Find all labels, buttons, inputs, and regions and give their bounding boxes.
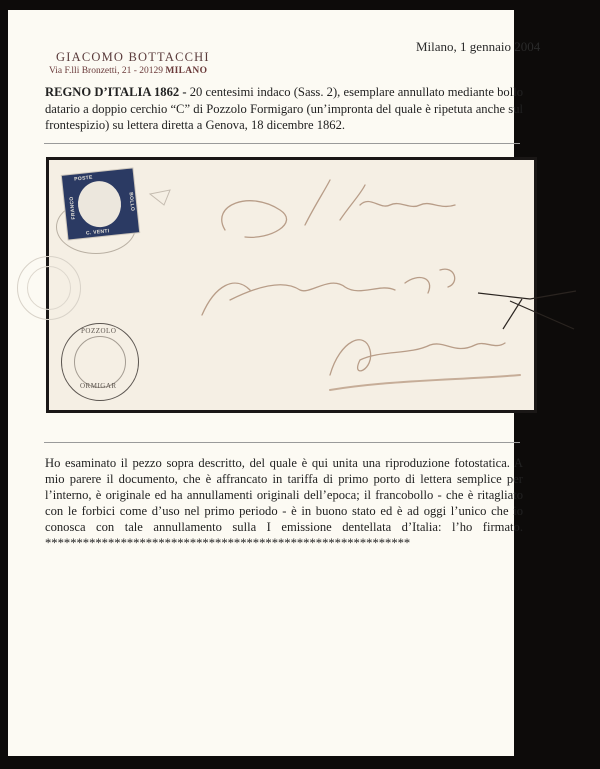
- stamp: POSTE FRANCO BOLLO C. VENTI: [62, 168, 139, 239]
- triangle-mark-icon: [148, 188, 174, 208]
- description-lead: REGNO D’ITALIA 1862 -: [45, 85, 187, 99]
- stamp-top-text: POSTE: [74, 175, 93, 183]
- place-date: Milano, 1 gennaio 2004: [416, 39, 540, 55]
- postmark-top-text: POZZOLO: [81, 327, 116, 335]
- certificate-text: Ho esaminato il pezzo sopra descritto, d…: [45, 455, 523, 551]
- stamp-portrait-oval: [76, 179, 124, 229]
- pozzolo-postmark-inner-icon: [74, 336, 126, 388]
- divider-top: [44, 143, 520, 144]
- dealer-address: Via F.lli Bronzetti, 21 - 20129 MILANO: [49, 66, 207, 76]
- postmark-bottom-text: ORMIGAR: [80, 382, 117, 390]
- stamp-bottom-text: C. VENTI: [86, 228, 110, 236]
- dealer-street: Via F.lli Bronzetti, 21 - 20129: [49, 66, 165, 76]
- faded-postmark-inner-icon: [27, 266, 71, 310]
- certificate-body: Ho esaminato il pezzo sopra descritto, d…: [45, 456, 523, 534]
- item-description: REGNO D’ITALIA 1862 - 20 centesimi indac…: [45, 84, 523, 134]
- certificate-stars: ****************************************…: [45, 536, 410, 550]
- dealer-name: GIACOMO BOTTACCHI: [56, 50, 210, 65]
- stamp-left-text: FRANCO: [69, 196, 77, 220]
- divider-bottom: [44, 442, 520, 443]
- dealer-city: MILANO: [165, 66, 207, 76]
- stamp-right-text: BOLLO: [127, 192, 135, 212]
- rate-mark-icon: [470, 285, 580, 345]
